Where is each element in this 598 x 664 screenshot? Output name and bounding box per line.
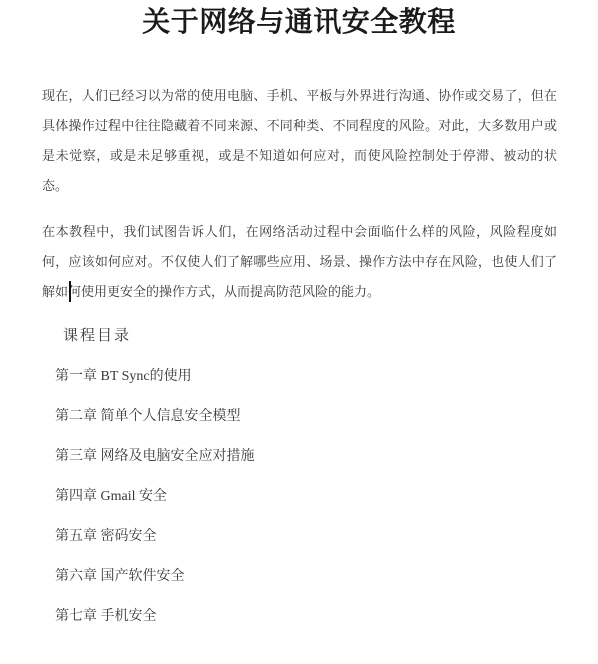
paragraph-2[interactable]: 在本教程中，我们试图告诉人们，在网络活动过程中会面临什么样的风险，风险程度如何，… <box>42 217 557 307</box>
toc-chapter-item[interactable]: 第三章 网络及电脑安全应对措施 <box>55 442 557 472</box>
toc-chapter-item[interactable]: 第一章 BT Sync的使用 <box>55 362 557 392</box>
document-content[interactable]: 现在，人们已经习以为常的使用电脑、手机、平板与外界进行沟通、协作或交易了，但在具… <box>42 81 557 632</box>
paragraph-line[interactable]: 解如何使用更安全的操作方式，从而提高防范风险的能力。 <box>42 277 557 307</box>
toc-chapter-item[interactable]: 第四章 Gmail 安全 <box>55 482 557 512</box>
paragraph-line[interactable]: 态。 <box>42 171 557 201</box>
paragraph-line[interactable]: 是未觉察，或是未足够重视，或是不知道如何应对，而使风险控制处于停滞、被动的状 <box>42 141 557 171</box>
toc-chapter-item[interactable]: 第六章 国产软件安全 <box>55 562 557 592</box>
text-cursor <box>69 281 71 302</box>
toc-heading[interactable]: 课程目录 <box>63 321 557 351</box>
toc-chapter-list[interactable]: 第一章 BT Sync的使用第二章 简单个人信息安全模型第三章 网络及电脑安全应… <box>55 362 557 632</box>
paragraph-1[interactable]: 现在，人们已经习以为常的使用电脑、手机、平板与外界进行沟通、协作或交易了，但在具… <box>42 81 557 201</box>
paragraph-line[interactable]: 具体操作过程中往往隐藏着不同来源、不同种类、不同程度的风险。对此，大多数用户或 <box>42 111 557 141</box>
paragraph-line[interactable]: 何，应该如何应对。不仅使人们了解哪些应用、场景、操作方法中存在风险，也使人们了 <box>42 247 557 277</box>
toc-chapter-item[interactable]: 第五章 密码安全 <box>55 522 557 552</box>
paragraph-line[interactable]: 在本教程中，我们试图告诉人们，在网络活动过程中会面临什么样的风险，风险程度如 <box>42 217 557 247</box>
paragraph-line[interactable]: 现在，人们已经习以为常的使用电脑、手机、平板与外界进行沟通、协作或交易了，但在 <box>42 81 557 111</box>
toc-chapter-item[interactable]: 第七章 手机安全 <box>55 602 557 632</box>
document-title[interactable]: 关于网络与通讯安全教程 <box>0 0 598 43</box>
document-page[interactable]: 关于网络与通讯安全教程 现在，人们已经习以为常的使用电脑、手机、平板与外界进行沟… <box>0 0 598 664</box>
toc-chapter-item[interactable]: 第二章 简单个人信息安全模型 <box>55 402 557 432</box>
